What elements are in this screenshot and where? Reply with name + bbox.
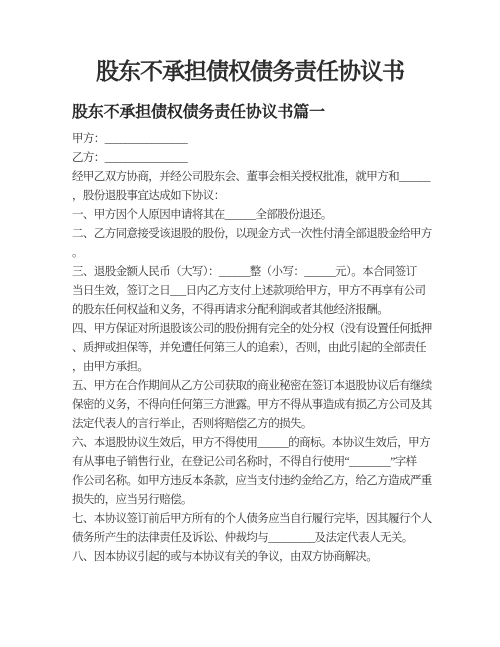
document-line: 经甲乙双方协商，并经公司股东会、董事会相关授权批准，就甲方和______ — [72, 168, 440, 187]
document-line: 八、因本协议引起的或与本协议有关的争议，由双方协商解决。 — [72, 548, 440, 567]
document-line: 三、退股金额人民币（大写）：______整（小写：______元）。本合同签订 — [72, 263, 440, 282]
document-line: 二、乙方同意接受该退股的股份，以现金方式一次性付清全部退股金给甲方 — [72, 225, 440, 244]
document-body: 甲方：________________ 乙方：________________ … — [72, 130, 440, 567]
document-line: 保密的义务，不得向任何第三方泄露。甲方不得从事造成有损乙方公司及其 — [72, 396, 440, 415]
section-heading: 股东不承担债权债务责任协议书篇一 — [72, 99, 436, 122]
document-line: 、质押或担保等，并免遭任何第三人的追索），否则，由此引起的全部责任 — [72, 339, 440, 358]
document-line: 四、甲方保证对所退股该公司的股份拥有完全的处分权（没有设置任何抵押 — [72, 320, 440, 339]
document-line: 的股东任何权益和义务，不得再请求分配利润或者其他经济报酬。 — [72, 301, 440, 320]
document-line: 债务所产生的法律责任及诉讼、仲裁均与_________及法定代表人无关。 — [72, 529, 440, 548]
document-line: ，由甲方承担。 — [72, 358, 440, 377]
document-line: 乙方：________________ — [72, 149, 440, 168]
document-line: 当日生效，签订之日___日内乙方支付上述款项给甲方，甲方不再享有公司 — [72, 282, 440, 301]
document-line: 六、本退股协议生效后，甲方不得使用______的商标。本协议生效后，甲方 — [72, 434, 440, 453]
document-line: 甲方：________________ — [72, 130, 440, 149]
document-line: 损失的，应当另行赔偿。 — [72, 491, 440, 510]
document-line: 五、甲方在合作期间从乙方公司获取的商业秘密在签订本退股协议后有继续 — [72, 377, 440, 396]
document-page: 股东不承担债权债务责任协议书 股东不承担债权债务责任协议书篇一 甲方：_____… — [0, 0, 500, 647]
document-line: ，股份退股事宜达成如下协议： — [72, 187, 440, 206]
document-title: 股东不承担债权债务责任协议书 — [0, 0, 500, 86]
document-line: 一、甲方因个人原因申请将其在______全部股份退还。 — [72, 206, 440, 225]
document-line: 作公司名称。如甲方违反本条款，应当支付违约金给乙方，给乙方造成严重 — [72, 472, 440, 491]
document-line: 。 — [72, 244, 440, 263]
document-line: 有从事电子销售行业，在登记公司名称时，不得自行使用“________”字样 — [72, 453, 440, 472]
document-line: 七、本协议签订前后甲方所有的个人债务应当自行履行完毕，因其履行个人 — [72, 510, 440, 529]
document-line: 法定代表人的言行举止，否则将赔偿乙方的损失。 — [72, 415, 440, 434]
